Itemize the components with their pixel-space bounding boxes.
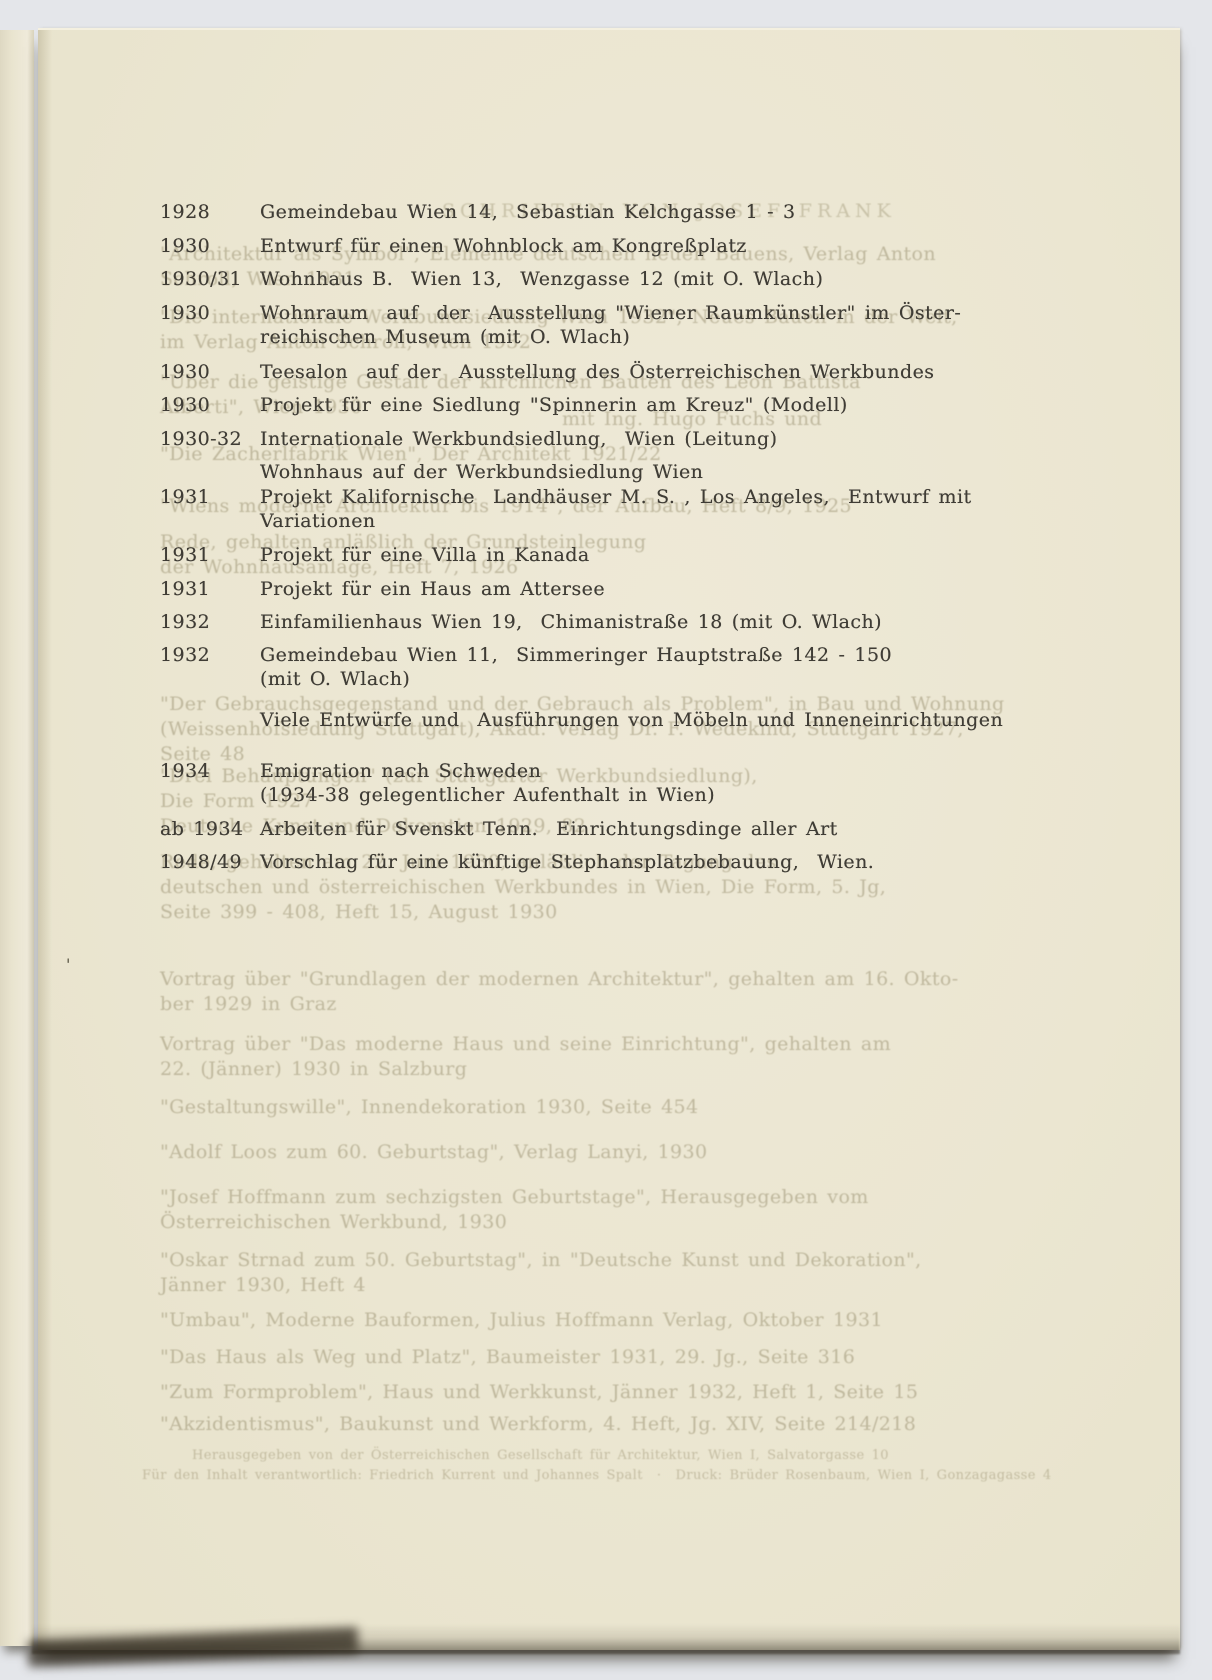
chronology-entry: 1932 Einfamilienhaus Wien 19, Chimanistr… xyxy=(160,610,1040,634)
scanned-page: SCHRIFTEN VON JOSEF FRANK "Architektur a… xyxy=(38,28,1180,1650)
entry-text: Gemeindebau Wien 14, Sebastian Kelchgass… xyxy=(260,200,1040,224)
entry-year: 1930 xyxy=(160,301,260,349)
entry-year: 1948/49 xyxy=(160,850,260,874)
entry-text: Gemeindebau Wien 11, Simmeringer Hauptst… xyxy=(260,643,1040,691)
bleedthrough-text: "Akzidentismus", Baukunst und Werkform, … xyxy=(160,1412,916,1437)
gutter-page-edge xyxy=(0,30,34,1646)
entry-text: Projekt Kalifornische Landhäuser M. S. ,… xyxy=(260,485,1040,533)
entry-text: Entwurf für einen Wohnblock am Kongreßpl… xyxy=(260,234,1040,258)
entry-text: Einfamilienhaus Wien 19, Chimanistraße 1… xyxy=(260,610,1040,634)
entry-year: 1931 xyxy=(160,543,260,567)
chronology-entry: 1948/49 Vorschlag für eine künftige Step… xyxy=(160,850,1040,874)
entry-year: 1932 xyxy=(160,643,260,691)
chronology-entry: 1930 Teesalon auf der Ausstellung des Ös… xyxy=(160,360,1040,384)
chronology-entry: Wohnhaus auf der Werkbundsiedlung Wien xyxy=(160,460,1040,484)
entry-text: Internationale Werkbundsiedlung, Wien (L… xyxy=(260,427,1040,451)
entry-year: 1930-32 xyxy=(160,427,260,451)
bleedthrough-footer: Für den Inhalt verantwortlich: Friedrich… xyxy=(142,1467,1052,1484)
entry-year: 1931 xyxy=(160,577,260,601)
entry-text: Projekt für eine Villa in Kanada xyxy=(260,543,1040,567)
chronology-entry: 1930 Wohnraum auf der Ausstellung "Wiene… xyxy=(160,301,1040,349)
chronology-entry: 1930 Entwurf für einen Wohnblock am Kong… xyxy=(160,234,1040,258)
chronology-entry: 1931 Projekt Kalifornische Landhäuser M.… xyxy=(160,485,1040,533)
chronology-entry: 1930-32 Internationale Werkbundsiedlung,… xyxy=(160,427,1040,451)
entry-text: Vorschlag für eine künftige Stephansplat… xyxy=(260,850,1040,874)
entry-year: 1932 xyxy=(160,610,260,634)
bleedthrough-text: "Gestaltungswille", Innendekoration 1930… xyxy=(160,1095,699,1120)
entry-year: 1930 xyxy=(160,393,260,417)
chronology-entry: 1931 Projekt für ein Haus am Attersee xyxy=(160,577,1040,601)
bleedthrough-text: "Das Haus als Weg und Platz", Baumeister… xyxy=(160,1345,855,1370)
bleedthrough-text: "Zum Formproblem", Haus und Werkkunst, J… xyxy=(160,1380,918,1405)
bleedthrough-text: "Josef Hoffmann zum sechzigsten Geburtst… xyxy=(160,1185,869,1235)
chronology-entry: Viele Entwürfe und Ausführungen von Möbe… xyxy=(160,708,1040,732)
chronology-entry: 1932 Gemeindebau Wien 11, Simmeringer Ha… xyxy=(160,643,1040,691)
entry-text: Arbeiten für Svenskt Tenn. Einrichtungsd… xyxy=(260,817,1040,841)
bleedthrough-text: "Oskar Strnad zum 50. Geburtstag", in "D… xyxy=(160,1248,922,1298)
chronology-entry: 1934 Emigration nach Schweden (1934-38 g… xyxy=(160,759,1040,807)
entry-text: Projekt für eine Siedlung "Spinnerin am … xyxy=(260,393,1040,417)
entry-year: ab 1934 xyxy=(160,817,260,841)
entry-text: Wohnhaus auf der Werkbundsiedlung Wien xyxy=(260,460,1040,484)
chronology-entry: 1930/31 Wohnhaus B. Wien 13, Wenzgasse 1… xyxy=(160,267,1040,291)
bleedthrough-text: "Umbau", Moderne Bauformen, Julius Hoffm… xyxy=(160,1308,883,1333)
entry-year xyxy=(160,460,260,484)
entry-year: 1930/31 xyxy=(160,267,260,291)
entry-year: 1930 xyxy=(160,360,260,384)
entry-text: Viele Entwürfe und Ausführungen von Möbe… xyxy=(260,708,1040,732)
chronology-entry: 1930 Projekt für eine Siedlung "Spinneri… xyxy=(160,393,1040,417)
entry-text: Emigration nach Schweden (1934-38 gelege… xyxy=(260,759,1040,807)
page-bottom-shadow xyxy=(32,1624,1180,1654)
ink-speck: ' xyxy=(66,955,70,974)
chronology-entry: 1931 Projekt für eine Villa in Kanada xyxy=(160,543,1040,567)
chronology-entry: 1928 Gemeindebau Wien 14, Sebastian Kelc… xyxy=(160,200,1040,224)
entry-year: 1934 xyxy=(160,759,260,807)
entry-text: Teesalon auf der Ausstellung des Österre… xyxy=(260,360,1040,384)
scanner-bed: { "colors": { "scanner_background": "#e4… xyxy=(0,0,1212,1680)
entry-year: 1931 xyxy=(160,485,260,533)
entry-year xyxy=(160,708,260,732)
entry-text: Wohnraum auf der Ausstellung "Wiener Rau… xyxy=(260,301,1040,349)
bleedthrough-text: "Adolf Loos zum 60. Geburtstag", Verlag … xyxy=(160,1140,708,1165)
bleedthrough-text: Vortrag über "Das moderne Haus und seine… xyxy=(160,1032,891,1082)
bleedthrough-footer: Herausgegeben von der Österreichischen G… xyxy=(192,1447,889,1464)
entry-text: Projekt für ein Haus am Attersee xyxy=(260,577,1040,601)
entry-text: Wohnhaus B. Wien 13, Wenzgasse 12 (mit O… xyxy=(260,267,1040,291)
entry-year: 1930 xyxy=(160,234,260,258)
bleedthrough-text: Vortrag über "Grundlagen der modernen Ar… xyxy=(160,967,959,1017)
gutter-shadow xyxy=(38,30,52,1650)
chronology-entry: ab 1934 Arbeiten für Svenskt Tenn. Einri… xyxy=(160,817,1040,841)
entry-year: 1928 xyxy=(160,200,260,224)
